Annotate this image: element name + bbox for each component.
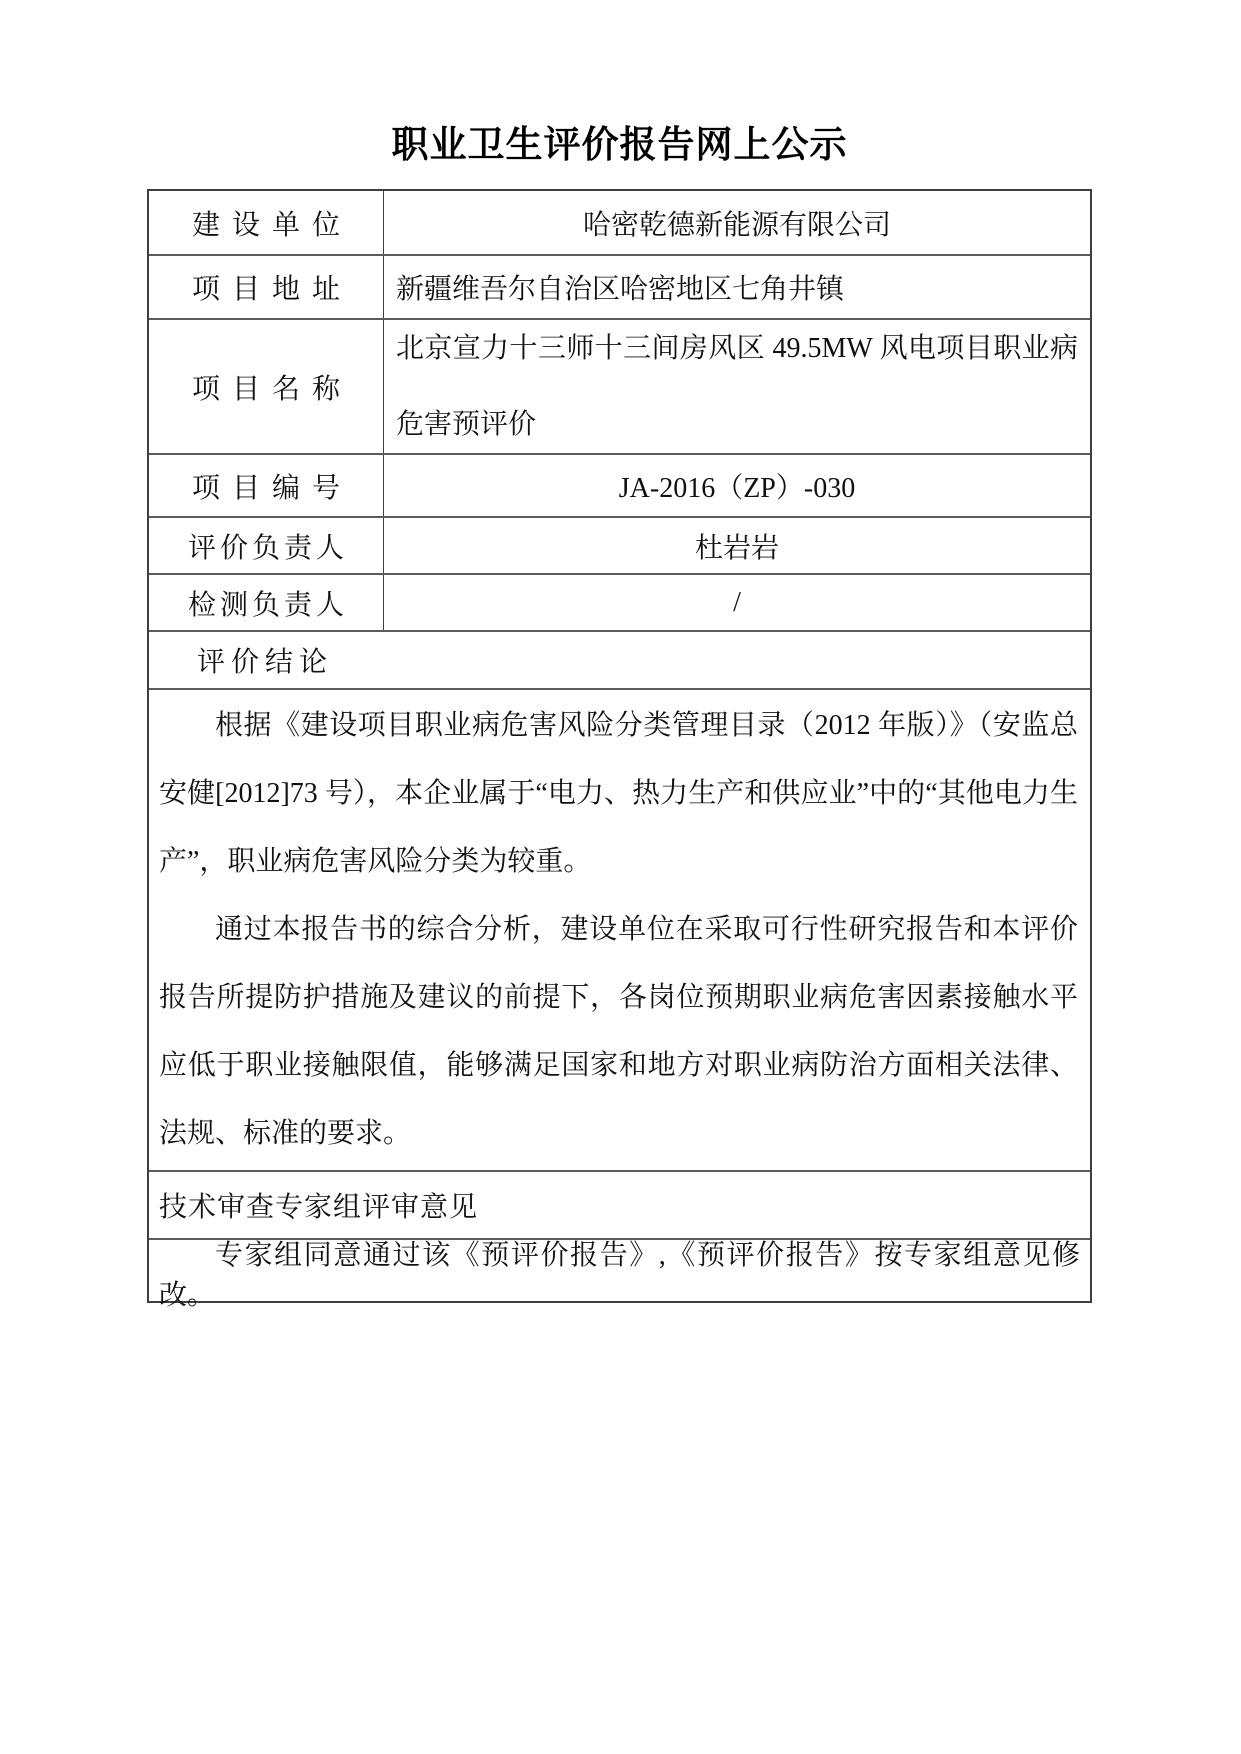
project-address-value: 新疆维吾尔自治区哈密地区七角井镇 — [384, 256, 1090, 318]
row-construction-unit: 建设单位 哈密乾德新能源有限公司 — [149, 191, 1090, 256]
row-conclusion-body: 根据《建设项目职业病危害风险分类管理目录（2012 年版）》（安监总安健[201… — [149, 690, 1090, 1172]
row-expert-opinion: 专家组同意通过该《预评价报告》,《预评价报告》按专家组意见修改。 — [149, 1240, 1090, 1305]
evaluation-lead-value: 杜岩岩 — [384, 518, 1090, 573]
conclusion-paragraph-1: 根据《建设项目职业病危害风险分类管理目录（2012 年版）》（安监总安健[201… — [159, 692, 1078, 896]
expert-opinion-cell: 专家组同意通过该《预评价报告》,《预评价报告》按专家组意见修改。 — [149, 1240, 1090, 1305]
testing-lead-label: 检测负责人 — [149, 575, 384, 630]
row-testing-lead: 检测负责人 / — [149, 575, 1090, 632]
publicity-table: 建设单位 哈密乾德新能源有限公司 项目地址 新疆维吾尔自治区哈密地区七角井镇 项… — [147, 189, 1092, 1303]
construction-unit-value: 哈密乾德新能源有限公司 — [384, 191, 1090, 254]
project-name-value: 北京宣力十三师十三间房风区 49.5MW 风电项目职业病危害预评价 — [384, 320, 1090, 453]
project-number-value: JA-2016（ZP）-030 — [384, 455, 1090, 516]
expert-opinion-text: 专家组同意通过该《预评价报告》,《预评价报告》按专家组意见修改。 — [159, 1233, 1080, 1313]
conclusion-body: 根据《建设项目职业病危害风险分类管理目录（2012 年版）》（安监总安健[201… — [149, 690, 1090, 1170]
row-expert-header: 技术审查专家组评审意见 — [149, 1172, 1090, 1240]
page-title: 职业卫生评价报告网上公示 — [147, 122, 1092, 174]
project-address-label: 项目地址 — [149, 256, 384, 318]
row-project-number: 项目编号 JA-2016（ZP）-030 — [149, 455, 1090, 518]
project-name-label: 项目名称 — [149, 320, 384, 453]
evaluation-lead-label: 评价负责人 — [149, 518, 384, 573]
testing-lead-value: / — [384, 575, 1090, 630]
row-project-name: 项目名称 北京宣力十三师十三间房风区 49.5MW 风电项目职业病危害预评价 — [149, 320, 1090, 455]
expert-header-label: 技术审查专家组评审意见 — [149, 1172, 1090, 1238]
row-conclusion-header: 评价结论 — [149, 632, 1090, 690]
construction-unit-label: 建设单位 — [149, 191, 384, 254]
conclusion-header-label: 评价结论 — [149, 632, 1090, 688]
document-page: 职业卫生评价报告网上公示 建设单位 哈密乾德新能源有限公司 项目地址 新疆维吾尔… — [0, 0, 1241, 1754]
conclusion-paragraph-2: 通过本报告书的综合分析，建设单位在采取可行性研究报告和本评价报告所提防护措施及建… — [159, 896, 1078, 1168]
project-number-label: 项目编号 — [149, 455, 384, 516]
row-evaluation-lead: 评价负责人 杜岩岩 — [149, 518, 1090, 575]
